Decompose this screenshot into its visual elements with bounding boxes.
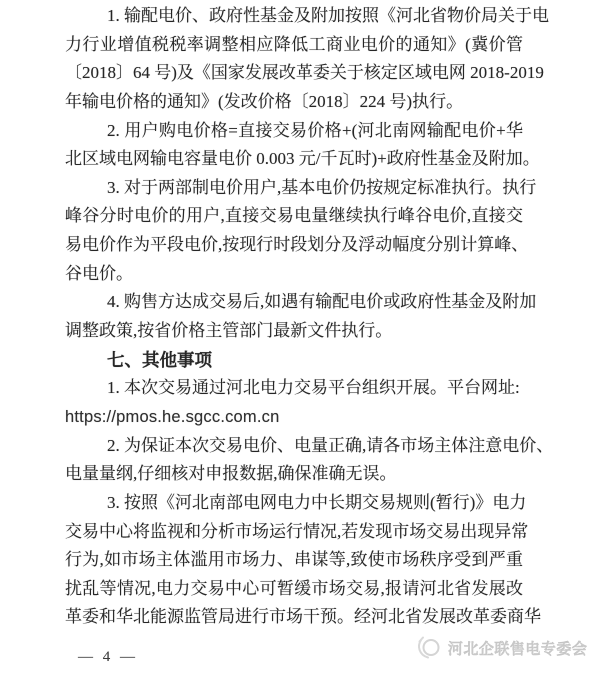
doc-line: 谷电价。 <box>65 260 523 289</box>
doc-line: 电量量纲,仔细核对申报数据,确保准确无误。 <box>65 460 523 489</box>
doc-line: 扰乱等情况,电力交易中心可暂缓市场交易,报请河北省发展改 <box>65 575 523 604</box>
watermark-logo-icon <box>416 634 443 662</box>
doc-line: 交易中心将监视和分析市场运行情况,若发现市场交易出现异常 <box>65 518 523 547</box>
doc-line: 3. 对于两部制电价用户,基本电价仍按规定标准执行。执行 <box>65 174 523 203</box>
doc-line: 年输电价格的通知》(发改价格〔2018〕224 号)执行。 <box>65 88 523 117</box>
doc-line: 1. 本次交易通过河北电力交易平台组织开展。平台网址: <box>65 374 523 403</box>
document-page: 1. 输配电价、政府性基金及附加按照《河北省物价局关于电 力行业增值税税率调整相… <box>0 0 596 673</box>
doc-line: 1. 输配电价、政府性基金及附加按照《河北省物价局关于电 <box>65 2 523 31</box>
doc-line: 调整政策,按省价格主管部门最新文件执行。 <box>65 317 523 346</box>
doc-line: 2. 用户购电价格=直接交易价格+(河北南网输配电价+华 <box>65 117 523 146</box>
document-text-block: 1. 输配电价、政府性基金及附加按照《河北省物价局关于电 力行业增值税税率调整相… <box>65 2 523 632</box>
watermark: 河北企联售电专委会 <box>416 633 588 663</box>
doc-line: 革委和华北能源监管局进行市场干预。经河北省发展改革委商华 <box>65 603 523 632</box>
doc-line: 峰谷分时电价的用户,直接交易电量继续执行峰谷电价,直接交 <box>65 202 523 231</box>
watermark-label: 河北企联售电专委会 <box>448 638 588 659</box>
doc-line: 行为,如市场主体滥用市场力、串谋等,致使市场秩序受到严重 <box>65 546 523 575</box>
doc-line: 易电价作为平段电价,按现行时段划分及浮动幅度分别计算峰、 <box>65 231 523 260</box>
doc-line: 力行业增值税税率调整相应降低工商业电价的通知》(冀价管 <box>65 31 523 60</box>
doc-line: 4. 购售方达成交易后,如遇有输配电价或政府性基金及附加 <box>65 288 523 317</box>
doc-line: 2. 为保证本次交易电价、电量正确,请各市场主体注意电价、 <box>65 432 523 461</box>
platform-url: https://pmos.he.sgcc.com.cn <box>65 403 523 432</box>
section-heading: 七、其他事项 <box>65 346 523 375</box>
page-number: — 4 — <box>78 646 135 668</box>
doc-line: 〔2018〕64 号)及《国家发展改革委关于核定区域电网 2018-2019 <box>65 59 523 88</box>
doc-line: 3. 按照《河北南部电网电力中长期交易规则(暂行)》电力 <box>65 489 523 518</box>
doc-line: 北区域电网输电容量电价 0.003 元/千瓦时)+政府性基金及附加。 <box>65 145 523 174</box>
